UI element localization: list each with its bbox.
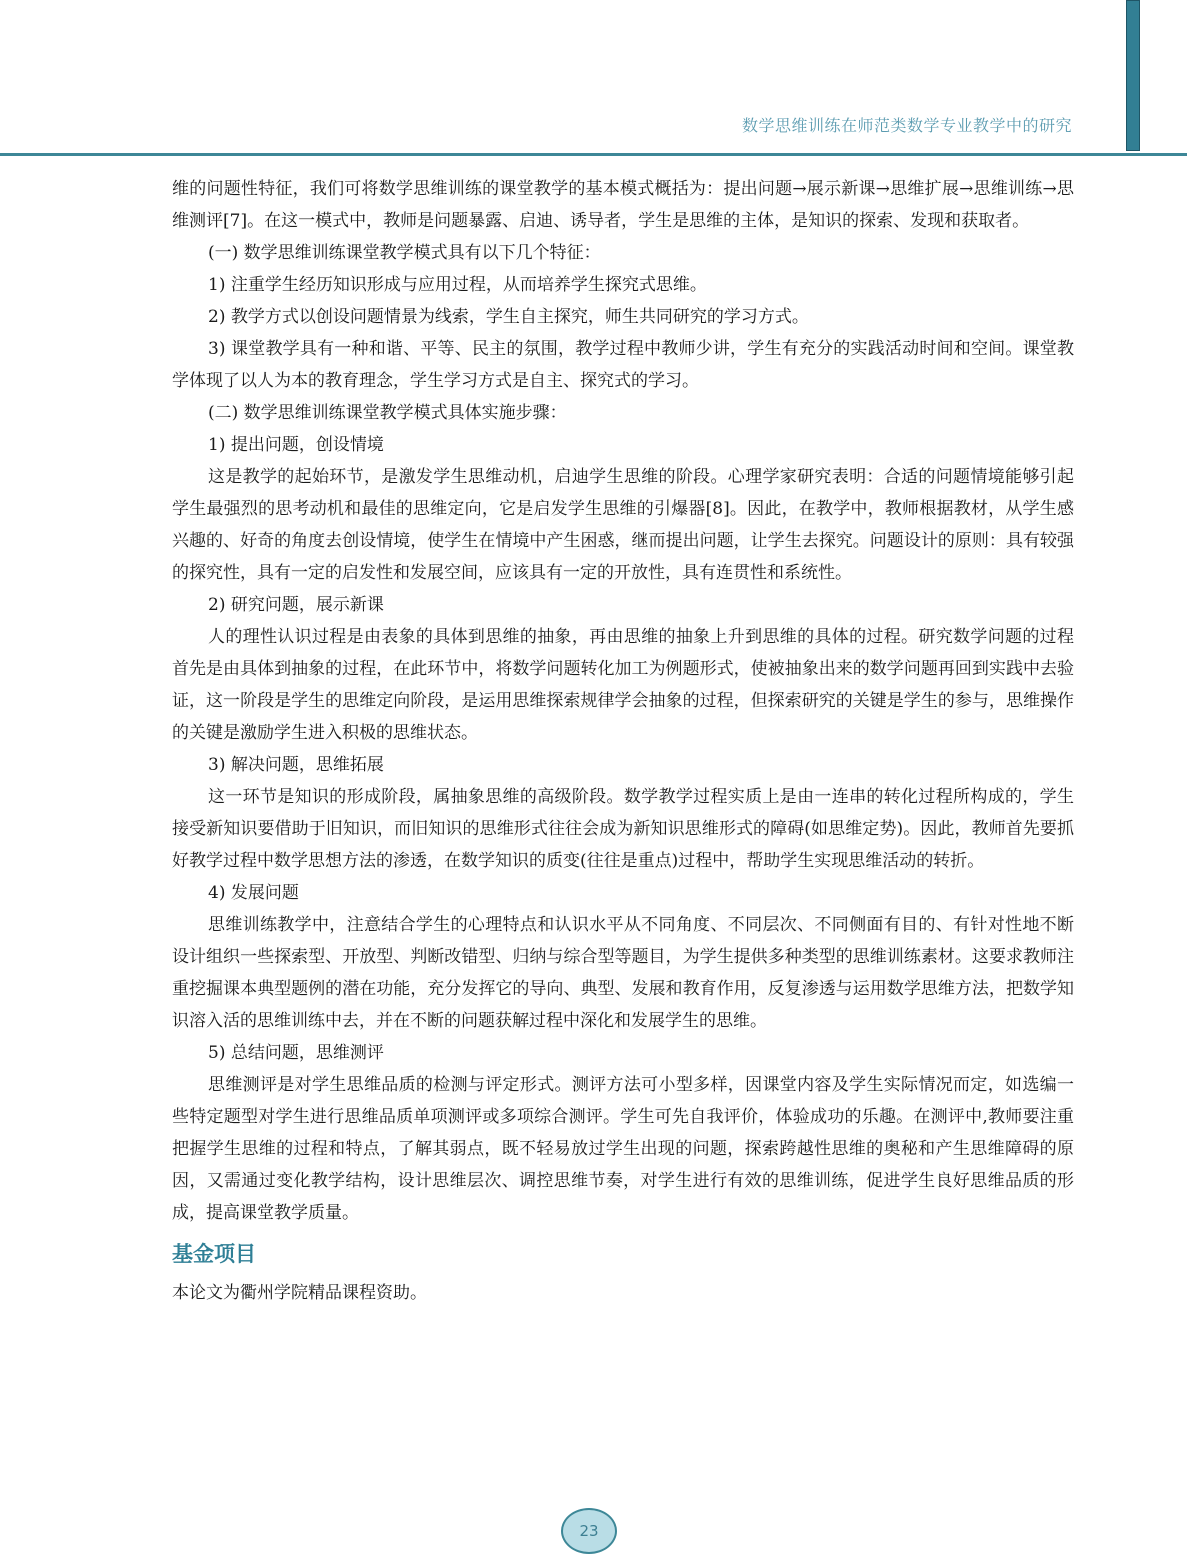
list-item-feature-2: 2) 教学方式以创设问题情景为线索，学生自主探究，师生共同研究的学习方式。 (172, 301, 1074, 333)
list-item-feature-3: 3) 课堂教学具有一种和谐、平等、民主的氛围，教学过程中教师少讲，学生有充分的实… (172, 333, 1074, 397)
list-item-feature-1: 1) 注重学生经历知识形成与应用过程，从而培养学生探究式思维。 (172, 269, 1074, 301)
step-paragraph-2: 人的理性认识过程是由表象的具体到思维的抽象，再由思维的抽象上升到思维的具体的过程… (172, 621, 1074, 749)
header-divider (0, 153, 1187, 156)
step-paragraph-4: 思维训练教学中，注意结合学生的心理特点和认识水平从不同角度、不同层次、不同侧面有… (172, 909, 1074, 1037)
step-paragraph-3: 这一环节是知识的形成阶段，属抽象思维的高级阶段。数学教学过程实质上是由一连串的转… (172, 781, 1074, 877)
funding-heading: 基金项目 (172, 1239, 1074, 1269)
step-heading-5: 5) 总结问题，思维测评 (172, 1037, 1074, 1069)
paragraph-continued: 维的问题性特征，我们可将数学思维训练的课堂教学的基本模式概括为：提出问题→展示新… (172, 173, 1074, 237)
funding-text: 本论文为衢州学院精品课程资助。 (172, 1277, 1074, 1309)
step-paragraph-5: 思维测评是对学生思维品质的检测与评定形式。测评方法可小型多样，因课堂内容及学生实… (172, 1069, 1074, 1229)
page-number: 23 (579, 1522, 598, 1540)
step-heading-1: 1) 提出问题，创设情境 (172, 429, 1074, 461)
running-title: 数学思维训练在师范类数学专业教学中的研究 (742, 113, 1072, 136)
decorative-side-bar (1126, 0, 1140, 151)
subsection-heading-steps: (二) 数学思维训练课堂教学模式具体实施步骤： (172, 397, 1074, 429)
subsection-heading-features: (一) 数学思维训练课堂教学模式具有以下几个特征： (172, 237, 1074, 269)
step-heading-4: 4) 发展问题 (172, 877, 1074, 909)
page-number-badge: 23 (561, 1508, 617, 1554)
article-body: 维的问题性特征，我们可将数学思维训练的课堂教学的基本模式概括为：提出问题→展示新… (172, 173, 1074, 1309)
step-heading-3: 3) 解决问题，思维拓展 (172, 749, 1074, 781)
step-heading-2: 2) 研究问题，展示新课 (172, 589, 1074, 621)
step-paragraph-1: 这是教学的起始环节，是激发学生思维动机，启迪学生思维的阶段。心理学家研究表明：合… (172, 461, 1074, 589)
